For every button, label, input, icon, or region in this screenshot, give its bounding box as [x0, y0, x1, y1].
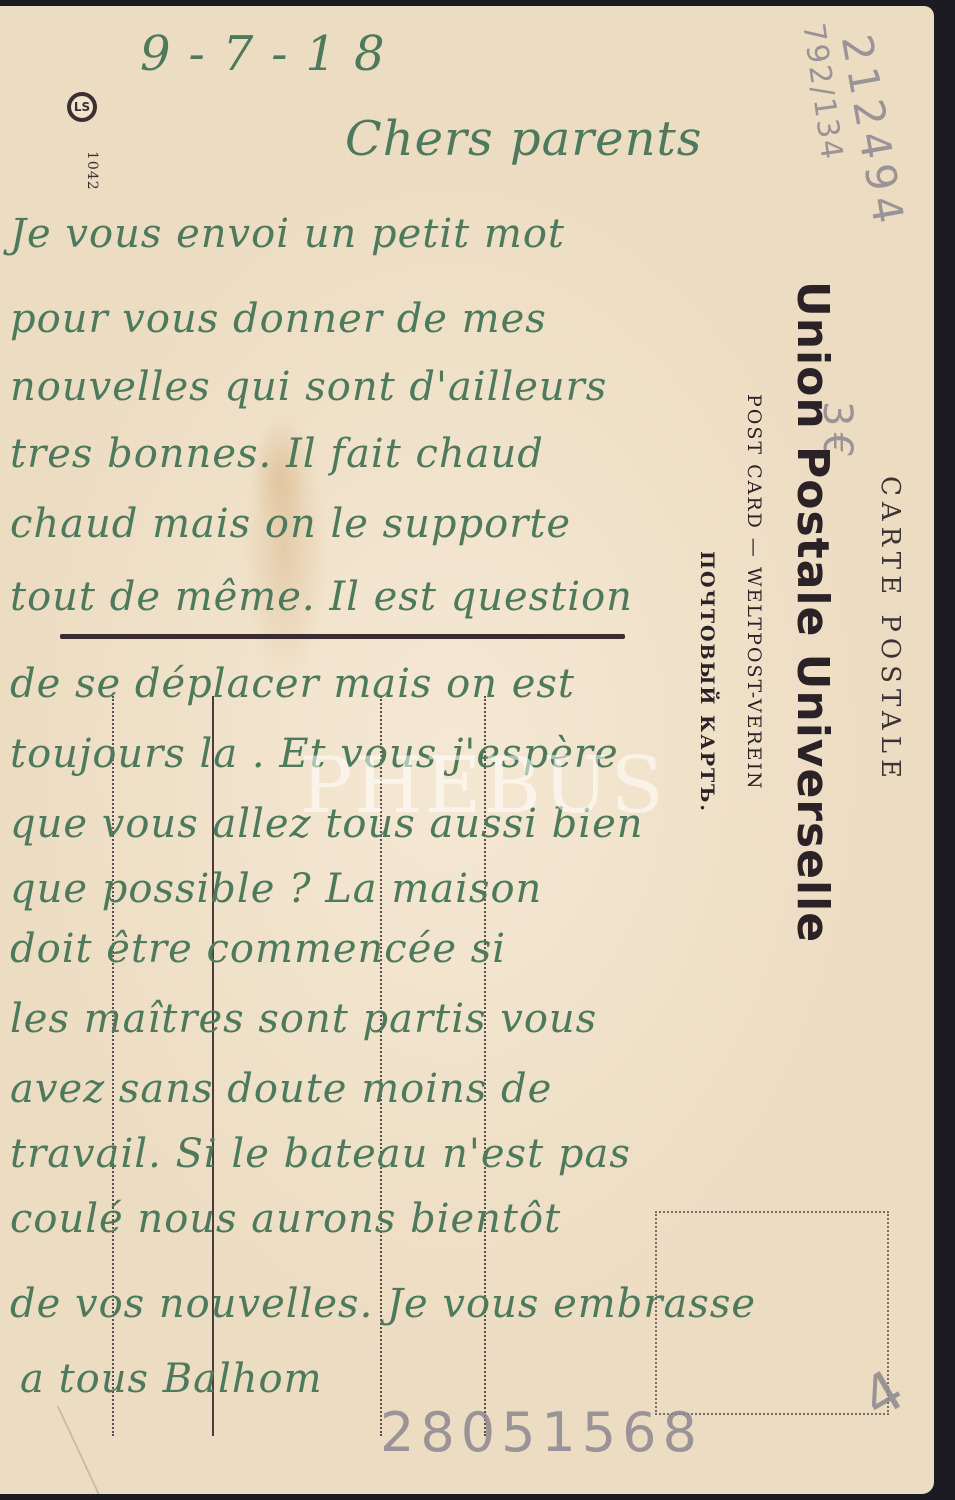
- message-line: de se déplacer mais on est: [10, 661, 575, 707]
- message-line: les maîtres sont partis vous: [10, 996, 597, 1042]
- message-line: coulé nous aurons bientôt: [10, 1196, 561, 1242]
- printed-subtitle: POST CARD — WELTPOST-VEREIN: [743, 394, 765, 791]
- printed-carte-postale: CARTE POSTALE: [875, 476, 905, 784]
- message-line: doit être commencée si: [10, 926, 506, 972]
- printed-title: Union Postale Universelle: [787, 281, 838, 943]
- message-line: Je vous envoi un petit mot: [10, 211, 565, 257]
- message-line: chaud mais on le supporte: [10, 501, 571, 547]
- watermark: PHEBUS: [300, 741, 666, 831]
- publisher-logo-icon: LS: [67, 92, 97, 122]
- message-line-closing: a tous Balhom: [20, 1356, 323, 1402]
- message-line: tout de même. Il est question: [10, 574, 633, 620]
- printed-cyrillic: ПОЧТОВЫЙ КАРТЪ.: [696, 551, 718, 813]
- postcard-back: LS 1042 9-7-18 Chers parents 212494 792/…: [0, 6, 934, 1494]
- message-line: que possible ? La maison: [10, 866, 542, 912]
- message-line: de vos nouvelles. Je vous embrasse: [10, 1281, 756, 1327]
- message-line: tres bonnes. Il fait chaud: [10, 431, 544, 477]
- greeting: Chers parents: [345, 111, 702, 167]
- handwritten-date: 9-7-18: [140, 26, 403, 82]
- printed-divider: [60, 634, 625, 639]
- message-line: avez sans doute moins de: [10, 1066, 552, 1112]
- message-line: travail. Si le bateau n'est pas: [10, 1131, 631, 1177]
- message-line: nouvelles qui sont d'ailleurs: [10, 364, 607, 410]
- message-line: pour vous donner de mes: [10, 296, 547, 342]
- corner-crease: [0, 1406, 105, 1494]
- pencil-mark-inventory: 28051568: [380, 1401, 703, 1464]
- publisher-code: 1042: [84, 151, 100, 191]
